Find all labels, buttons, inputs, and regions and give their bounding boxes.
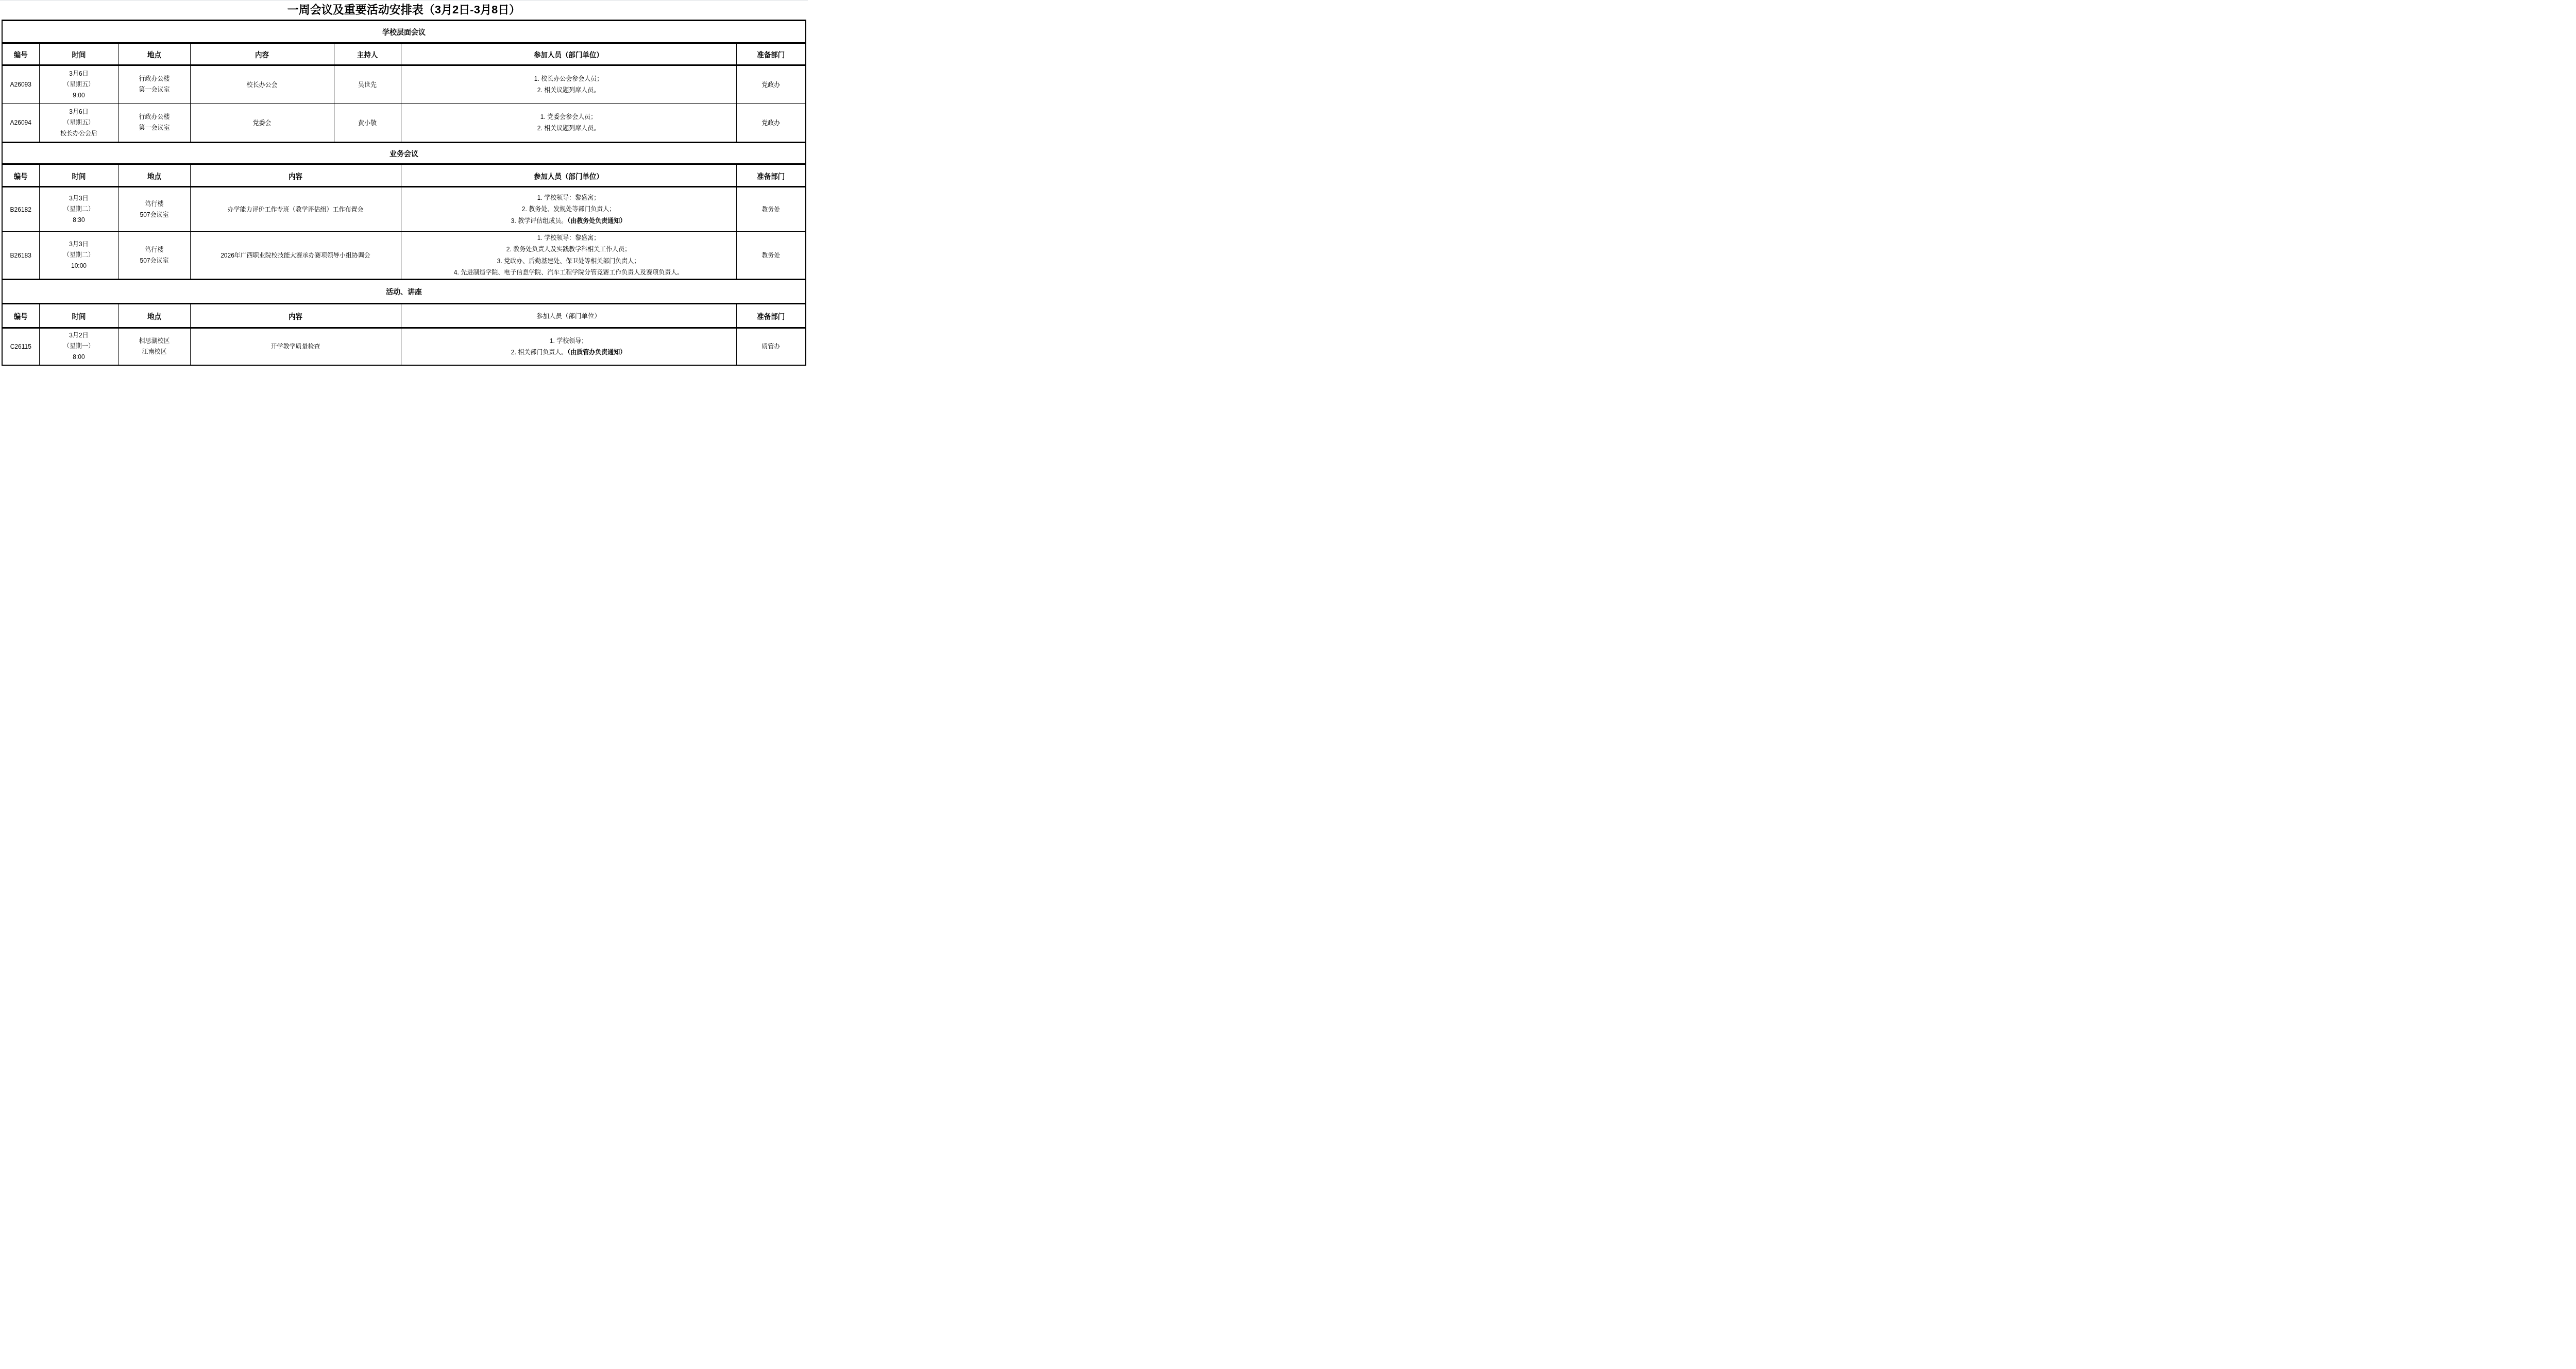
participant-text: 1. 学校领导：黎盛寓； — [537, 194, 600, 201]
cell-participants: 1. 学校领导：黎盛寓；2. 教务处负责人及实践教学科相关工作人员；3. 党政办… — [401, 232, 736, 280]
section-title-row: 学校层面会议 — [2, 21, 806, 43]
cell-line: 3月2日 — [40, 330, 118, 341]
cell-line: （星期一） — [40, 341, 118, 352]
cell-line: 507会议室 — [119, 210, 190, 220]
cell-line: 3月6日 — [40, 69, 118, 79]
col-header-prep: 准备部门 — [736, 164, 806, 187]
cell-line: 笃行楼 — [119, 199, 190, 210]
participant-line: 1. 党委会参会人员； — [401, 111, 736, 123]
cell-place: 笃行楼507会议室 — [118, 187, 190, 232]
cell-line: 8:30 — [40, 215, 118, 226]
participant-line: 1. 学校领导：黎盛寓； — [401, 232, 736, 244]
cell-prep: 党政办 — [736, 104, 806, 143]
cell-id: B26182 — [2, 187, 39, 232]
participant-text: 2. 教务处负责人及实践教学科相关工作人员； — [506, 246, 631, 253]
table-row: C261153月2日（星期一）8:00相思湖校区江南校区开学教学质量检查1. 学… — [2, 328, 806, 365]
cell-time: 3月6日（星期五）9:00 — [39, 65, 118, 104]
participant-text: 3. 党政办、后勤基建处、保卫处等相关部门负责人； — [497, 258, 640, 265]
cell-prep: 质管办 — [736, 328, 806, 365]
cell-host: 吴世先 — [334, 65, 401, 104]
cell-participants: 1. 校长办公会参会人员；2. 相关议题列席人员。 — [401, 65, 736, 104]
cell-line: 3月3日 — [40, 193, 118, 204]
participant-line: 4. 先进制造学院、电子信息学院、汽车工程学院分管竞赛工作负责人及赛项负责人。 — [401, 267, 736, 278]
cell-line: 行政办公楼 — [119, 74, 190, 84]
cell-content: 校长办公会 — [190, 65, 334, 104]
participant-line: 2. 相关议题列席人员。 — [401, 123, 736, 134]
cell-line: （星期二） — [40, 250, 118, 261]
cell-place: 行政办公楼第一会议室 — [118, 104, 190, 143]
cell-id: A26094 — [2, 104, 39, 143]
table-row: B261833月3日（星期二）10:00笃行楼507会议室2026年广西职业院校… — [2, 232, 806, 280]
cell-id: B26183 — [2, 232, 39, 280]
col-header-id: 编号 — [2, 43, 39, 65]
col-header-place: 地点 — [118, 43, 190, 65]
participant-text: 1. 学校领导：黎盛寓； — [537, 234, 600, 242]
cell-line: 10:00 — [40, 261, 118, 271]
cell-place: 笃行楼507会议室 — [118, 232, 190, 280]
col-header-id: 编号 — [2, 164, 39, 187]
table-row: A260943月6日（星期五）校长办公会后行政办公楼第一会议室党委会黄小敬1. … — [2, 104, 806, 143]
cell-participants: 1. 学校领导；2. 相关部门负责人。（由质管办负责通知） — [401, 328, 736, 365]
cell-line: （星期五） — [40, 117, 118, 128]
column-header-row: 编号时间地点内容参加人员（部门单位）准备部门 — [2, 304, 806, 328]
cell-line: 8:00 — [40, 352, 118, 363]
cell-prep: 党政办 — [736, 65, 806, 104]
cell-time: 3月3日（星期二）8:30 — [39, 187, 118, 232]
col-header-content: 内容 — [190, 43, 334, 65]
table-row: B261823月3日（星期二）8:30笃行楼507会议室办学能力评价工作专班（教… — [2, 187, 806, 232]
participant-notice: （由教务处负责通知） — [567, 217, 626, 225]
cell-time: 3月6日（星期五）校长办公会后 — [39, 104, 118, 143]
col-header-time: 时间 — [39, 43, 118, 65]
cell-participants: 1. 党委会参会人员；2. 相关议题列席人员。 — [401, 104, 736, 143]
participant-text: 3. 教学评估组成员。 — [511, 217, 567, 225]
cell-line: 校长办公会后 — [40, 128, 118, 139]
schedule-table: 学校层面会议编号时间地点内容主持人参加人员（部门单位）准备部门A260933月6… — [2, 20, 806, 366]
cell-content: 2026年广西职业院校技能大赛承办赛项领导小组协调会 — [190, 232, 401, 280]
section-title-row: 活动、讲座 — [2, 280, 806, 304]
col-header-time: 时间 — [39, 304, 118, 328]
section-title: 学校层面会议 — [2, 21, 806, 43]
cell-line: 相思湖校区 — [119, 336, 190, 347]
col-header-participants: 参加人员（部门单位） — [401, 304, 736, 328]
column-header-row: 编号时间地点内容主持人参加人员（部门单位）准备部门 — [2, 43, 806, 65]
col-header-id: 编号 — [2, 304, 39, 328]
col-header-host: 主持人 — [334, 43, 401, 65]
participant-text: 2. 相关议题列席人员。 — [537, 125, 600, 132]
cell-line: （星期五） — [40, 79, 118, 90]
cell-line: 507会议室 — [119, 255, 190, 266]
cell-id: C26115 — [2, 328, 39, 365]
cell-place: 行政办公楼第一会议室 — [118, 65, 190, 104]
participant-notice: （由质管办负责通知） — [567, 349, 626, 356]
cell-line: （星期二） — [40, 204, 118, 215]
participant-line: 2. 相关议题列席人员。 — [401, 84, 736, 96]
cell-content: 党委会 — [190, 104, 334, 143]
cell-line: 江南校区 — [119, 347, 190, 357]
cell-time: 3月2日（星期一）8:00 — [39, 328, 118, 365]
participant-text: 2. 相关议题列席人员。 — [537, 87, 600, 94]
cell-participants: 1. 学校领导：黎盛寓；2. 教务处、发规处等部门负责人；3. 教学评估组成员。… — [401, 187, 736, 232]
participant-line: 1. 学校领导； — [401, 335, 736, 347]
cell-line: 行政办公楼 — [119, 112, 190, 123]
schedule-document: 一周会议及重要活动安排表（3月2日-3月8日） 学校层面会议编号时间地点内容主持… — [0, 0, 808, 366]
participant-line: 1. 学校领导：黎盛寓； — [401, 192, 736, 203]
participant-line: 2. 教务处负责人及实践教学科相关工作人员； — [401, 244, 736, 255]
cell-place: 相思湖校区江南校区 — [118, 328, 190, 365]
col-header-participants: 参加人员（部门单位） — [401, 164, 736, 187]
participant-text: 2. 教务处、发规处等部门负责人； — [522, 206, 615, 213]
col-header-place: 地点 — [118, 304, 190, 328]
cell-content: 办学能力评价工作专班（教学评估组）工作布置会 — [190, 187, 401, 232]
participant-line: 3. 党政办、后勤基建处、保卫处等相关部门负责人； — [401, 255, 736, 267]
cell-line: 笃行楼 — [119, 245, 190, 255]
participant-line: 2. 教务处、发规处等部门负责人； — [401, 203, 736, 215]
cell-prep: 教务处 — [736, 232, 806, 280]
column-header-row: 编号时间地点内容参加人员（部门单位）准备部门 — [2, 164, 806, 187]
cell-line: 3月3日 — [40, 239, 118, 250]
cell-prep: 教务处 — [736, 187, 806, 232]
cell-time: 3月3日（星期二）10:00 — [39, 232, 118, 280]
section-title: 业务会议 — [2, 143, 806, 164]
col-header-participants: 参加人员（部门单位） — [401, 43, 736, 65]
participant-line: 1. 校长办公会参会人员； — [401, 73, 736, 84]
participant-text: 2. 相关部门负责人。 — [511, 349, 567, 356]
col-header-place: 地点 — [118, 164, 190, 187]
cell-content: 开学教学质量检查 — [190, 328, 401, 365]
cell-line: 3月6日 — [40, 107, 118, 117]
participant-text: 4. 先进制造学院、电子信息学院、汽车工程学院分管竞赛工作负责人及赛项负责人。 — [454, 269, 683, 276]
participant-line: 2. 相关部门负责人。（由质管办负责通知） — [401, 347, 736, 358]
cell-line: 9:00 — [40, 90, 118, 101]
col-header-content: 内容 — [190, 164, 401, 187]
section-title: 活动、讲座 — [2, 280, 806, 304]
schedule-table-body: 学校层面会议编号时间地点内容主持人参加人员（部门单位）准备部门A260933月6… — [2, 21, 806, 365]
col-header-time: 时间 — [39, 164, 118, 187]
table-row: A260933月6日（星期五）9:00行政办公楼第一会议室校长办公会吴世先1. … — [2, 65, 806, 104]
section-title-row: 业务会议 — [2, 143, 806, 164]
participant-text: 1. 校长办公会参会人员； — [534, 75, 603, 82]
cell-line: 第一会议室 — [119, 123, 190, 133]
cell-host: 黄小敬 — [334, 104, 401, 143]
participant-text: 1. 党委会参会人员； — [540, 113, 597, 121]
col-header-prep: 准备部门 — [736, 43, 806, 65]
participant-line: 3. 教学评估组成员。（由教务处负责通知） — [401, 215, 736, 227]
participant-text: 1. 学校领导； — [550, 337, 587, 345]
cell-line: 第一会议室 — [119, 84, 190, 95]
col-header-prep: 准备部门 — [736, 304, 806, 328]
cell-id: A26093 — [2, 65, 39, 104]
page-title: 一周会议及重要活动安排表（3月2日-3月8日） — [0, 0, 808, 20]
col-header-content: 内容 — [190, 304, 401, 328]
